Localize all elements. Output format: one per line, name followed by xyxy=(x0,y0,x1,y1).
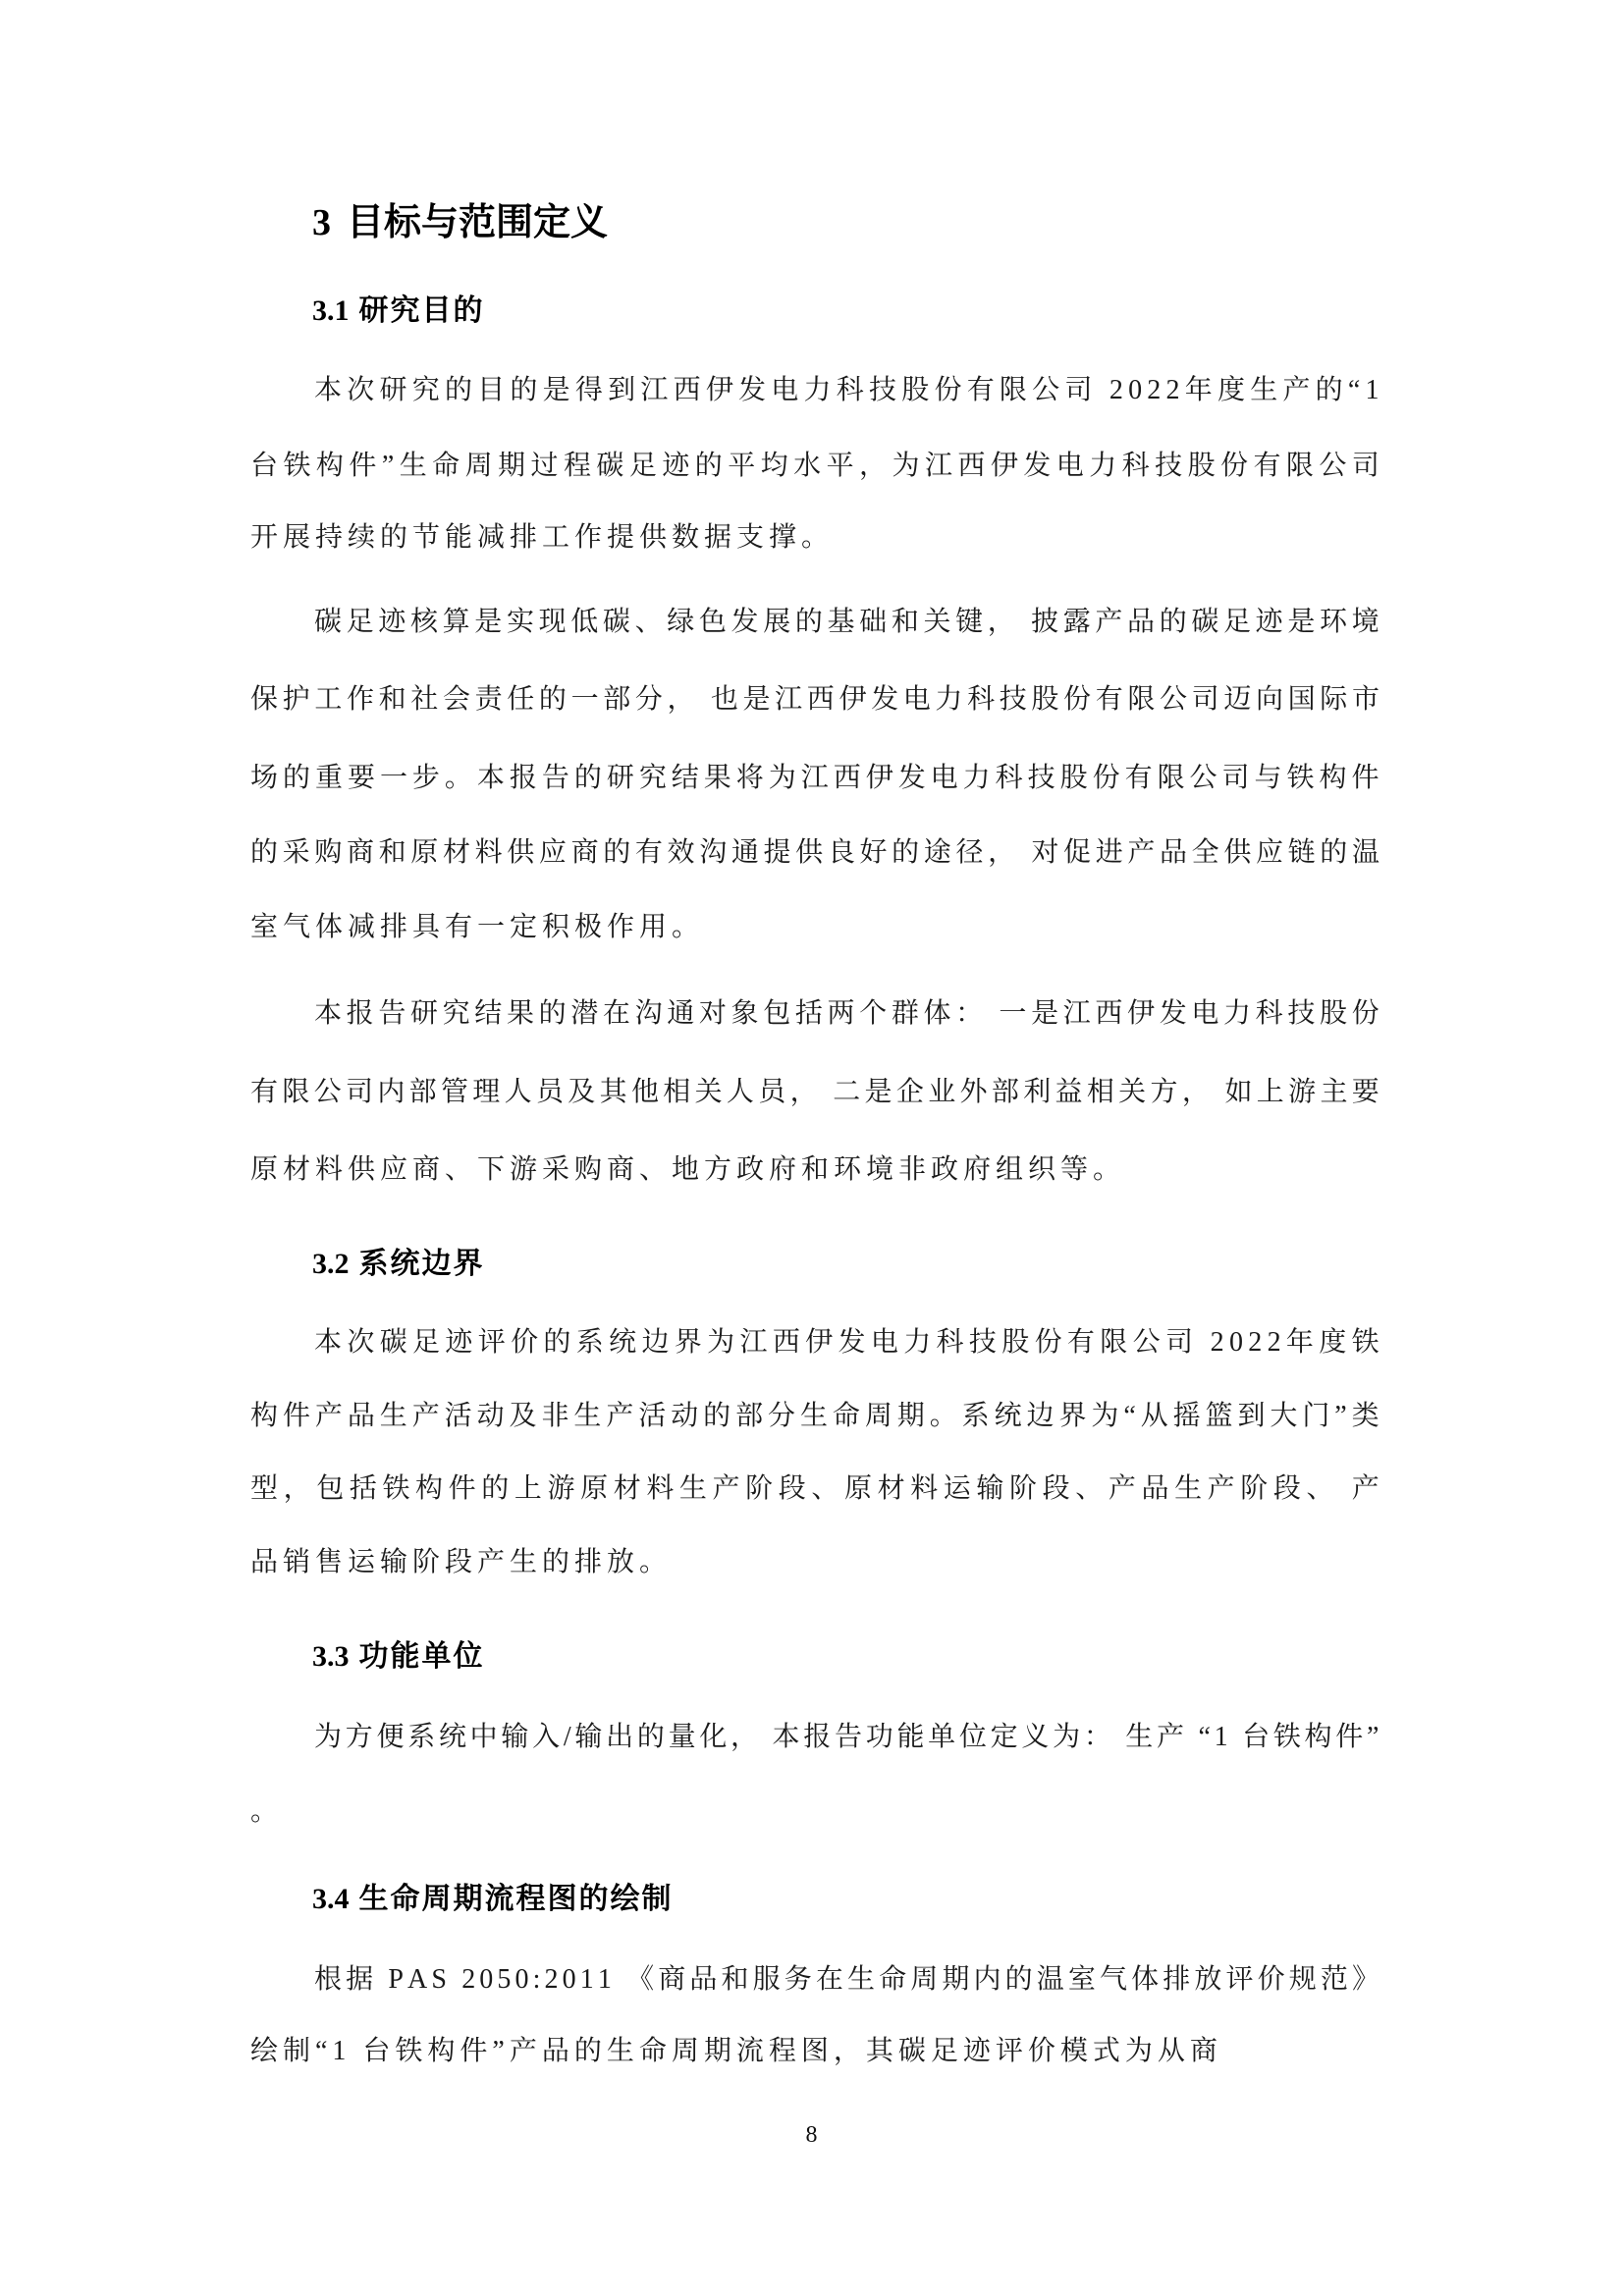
paragraph-line: 的采购商和原材料供应商的有效沟通提供良好的途径， 对促进产品全供应链的温 xyxy=(250,833,1380,873)
section-number: 3.1 xyxy=(312,294,350,327)
document-page: 3目标与范围定义 3.1研究目的 本次研究的目的是得到江西伊发电力科技股份有限公… xyxy=(0,0,1623,2296)
paragraph-line: 构件产品生产活动及非生产活动的部分生命周期。系统边界为“从摇篮到大门”类 xyxy=(250,1397,1380,1436)
section-title: 功能单位 xyxy=(359,1640,485,1673)
chapter-title: 目标与范围定义 xyxy=(347,202,608,243)
paragraph-line: 原材料供应商、下游采购商、地方政府和环境非政府组织等。 xyxy=(250,1150,1125,1190)
paragraph-line: 室气体减排具有一定积极作用。 xyxy=(250,908,704,947)
paragraph-line: 碳足迹核算是实现低碳、绿色发展的基础和关键， 披露产品的碳足迹是环境 xyxy=(314,603,1380,642)
paragraph-line: 开展持续的节能减排工作提供数据支撑。 xyxy=(250,518,834,558)
paragraph-line: 。 xyxy=(250,1792,283,1832)
section-number: 3.3 xyxy=(312,1640,350,1673)
paragraph-line: 绘制“1 台铁构件”产品的生命周期流程图，其碳足迹评价模式为从商 xyxy=(250,2032,1222,2071)
section-heading-3-3: 3.3功能单位 xyxy=(312,1635,485,1679)
page-number: 8 xyxy=(0,2118,1623,2152)
section-title: 系统边界 xyxy=(359,1248,485,1280)
paragraph-line: 品销售运输阶段产生的排放。 xyxy=(250,1543,672,1582)
chapter-number: 3 xyxy=(312,202,331,243)
paragraph-line: 保护工作和社会责任的一部分， 也是江西伊发电力科技股份有限公司迈向国际市 xyxy=(250,680,1380,720)
section-title: 生命周期流程图的绘制 xyxy=(359,1883,674,1915)
section-heading-3-4: 3.4生命周期流程图的绘制 xyxy=(312,1878,674,1921)
paragraph-line: 场的重要一步。本报告的研究结果将为江西伊发电力科技股份有限公司与铁构件 xyxy=(250,759,1380,798)
paragraph-line: 为方便系统中输入/输出的量化， 本报告功能单位定义为： 生产 “1 台铁构件” xyxy=(314,1718,1380,1757)
section-title: 研究目的 xyxy=(359,294,485,327)
paragraph-line: 台铁构件”生命周期过程碳足迹的平均水平，为江西伊发电力科技股份有限公司 xyxy=(250,447,1380,486)
section-heading-3-2: 3.2系统边界 xyxy=(312,1243,485,1286)
paragraph-line: 根据 PAS 2050:2011 《商品和服务在生命周期内的温室气体排放评价规范… xyxy=(314,1960,1380,2000)
paragraph-line: 本次研究的目的是得到江西伊发电力科技股份有限公司 2022年度生产的“1 xyxy=(314,371,1380,410)
paragraph-line: 本报告研究结果的潜在沟通对象包括两个群体： 一是江西伊发电力科技股份 xyxy=(314,994,1380,1034)
paragraph-line: 有限公司内部管理人员及其他相关人员， 二是企业外部利益相关方， 如上游主要 xyxy=(250,1073,1380,1112)
section-heading-3-1: 3.1研究目的 xyxy=(312,290,485,333)
paragraph-line: 型，包括铁构件的上游原材料生产阶段、原材料运输阶段、产品生产阶段、 产 xyxy=(250,1469,1380,1509)
chapter-heading: 3目标与范围定义 xyxy=(312,198,608,247)
section-number: 3.2 xyxy=(312,1248,350,1280)
paragraph-line: 本次碳足迹评价的系统边界为江西伊发电力科技股份有限公司 2022年度铁 xyxy=(314,1323,1380,1362)
section-number: 3.4 xyxy=(312,1883,350,1915)
